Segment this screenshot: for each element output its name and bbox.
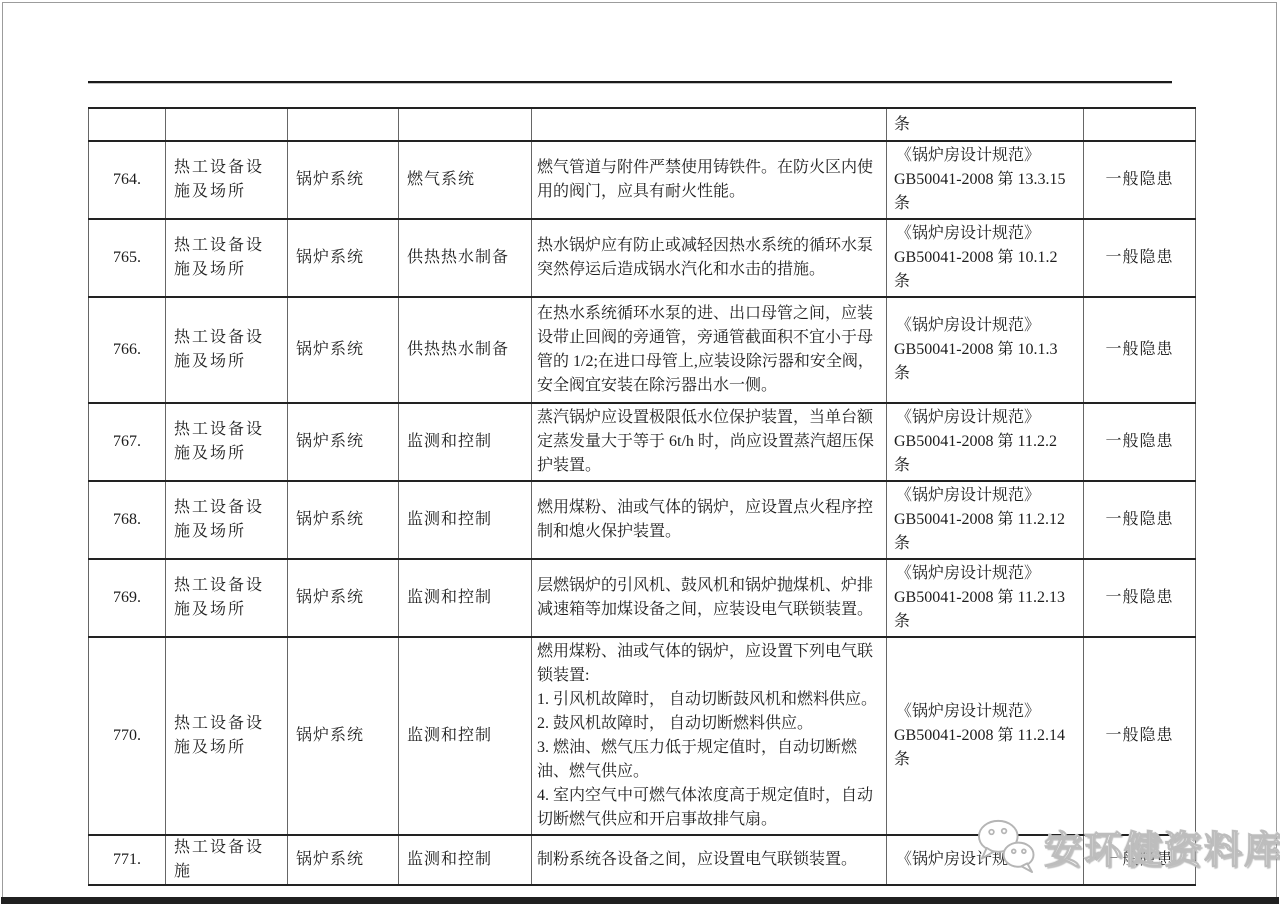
cell-description: 在热水系统循环水泵的进、出口母管之间，应装设带止回阀的旁通管，旁通管截面积不宜小… bbox=[532, 297, 887, 403]
cell-reference: 《锅炉房设计规范》 GB50041-2008 第 11.2.12 条 bbox=[887, 481, 1084, 559]
cell-reference: 条 bbox=[887, 108, 1084, 141]
reference-code: GB50041-2008 第 10.1.2 条 bbox=[894, 246, 1076, 294]
reference-title: 《锅炉房设计规范》 bbox=[894, 406, 1076, 430]
header-rule bbox=[88, 81, 1172, 83]
reference-code: GB50041-2008 第 10.1.3 条 bbox=[894, 338, 1076, 386]
reference-code: GB50041-2008 第 13.3.15 条 bbox=[894, 168, 1076, 216]
wechat-icon bbox=[975, 818, 1037, 874]
cell-reference: 《锅炉房设计规范》 GB50041-2008 第 10.1.2 条 bbox=[887, 219, 1084, 297]
document-page: 条 764. 热工设备设施及场所 锅炉系统 燃气系统 燃气管道与附件严禁使用铸铁… bbox=[0, 0, 1280, 905]
cell-description: 燃气管道与附件严禁使用铸铁件。在防火区内使用的阀门，应具有耐火性能。 bbox=[532, 141, 887, 219]
table-row: 768. 热工设备设施及场所 锅炉系统 监测和控制 燃用煤粉、油或气体的锅炉，应… bbox=[89, 481, 1196, 559]
description-text: 燃用煤粉、油或气体的锅炉，应设置点火程序控制和熄火保护装置。 bbox=[537, 496, 881, 544]
reference-title: 《锅炉房设计规范》 bbox=[894, 144, 1076, 168]
reference-title: 《锅炉房设计规范》 bbox=[894, 484, 1076, 508]
cell-system: 锅炉系统 bbox=[288, 297, 399, 403]
cell-category: 监测和控制 bbox=[399, 403, 532, 481]
cell-category: 供热热水制备 bbox=[399, 297, 532, 403]
cell-area: 热工设备设施及场所 bbox=[166, 637, 288, 835]
reference-title: 《锅炉房设计规范》 bbox=[894, 700, 1076, 724]
cell-description: 燃用煤粉、油或气体的锅炉，应设置下列电气联锁装置: 1. 引风机故障时， 自动切… bbox=[532, 637, 887, 835]
cell-no: 768. bbox=[89, 481, 166, 559]
cell-level bbox=[1084, 108, 1196, 141]
cell-category: 燃气系统 bbox=[399, 141, 532, 219]
reference-title: 《锅炉房设计规范》 bbox=[894, 562, 1076, 586]
description-text: 在热水系统循环水泵的进、出口母管之间，应装设带止回阀的旁通管，旁通管截面积不宜小… bbox=[537, 302, 881, 398]
table-row: 767. 热工设备设施及场所 锅炉系统 监测和控制 蒸汽锅炉应设置极限低水位保护… bbox=[89, 403, 1196, 481]
cell-description: 制粉系统各设备之间，应设置电气联锁装置。 bbox=[532, 835, 887, 885]
reference-code: GB50041-2008 第 11.2.13 条 bbox=[894, 586, 1076, 634]
watermark-text: 安环健资料库 bbox=[1044, 819, 1280, 874]
cell-area: 热工设备设施及场所 bbox=[166, 219, 288, 297]
cell-system: 锅炉系统 bbox=[288, 141, 399, 219]
cell-reference: 《锅炉房设计规范》 GB50041-2008 第 13.3.15 条 bbox=[887, 141, 1084, 219]
description-text: 燃用煤粉、油或气体的锅炉，应设置下列电气联锁装置: 1. 引风机故障时， 自动切… bbox=[537, 640, 881, 832]
cell-no: 765. bbox=[89, 219, 166, 297]
cell-no: 770. bbox=[89, 637, 166, 835]
reference-title: 《锅炉房设计规范》 bbox=[894, 314, 1076, 338]
cell-category: 监测和控制 bbox=[399, 481, 532, 559]
cell-system: 锅炉系统 bbox=[288, 637, 399, 835]
cell-system: 锅炉系统 bbox=[288, 835, 399, 885]
cell-level: 一般隐患 bbox=[1084, 559, 1196, 637]
cell-system: 锅炉系统 bbox=[288, 403, 399, 481]
cell-category: 监测和控制 bbox=[399, 835, 532, 885]
reference-code: GB50041-2008 第 11.2.14 条 bbox=[894, 724, 1076, 772]
table-row: 764. 热工设备设施及场所 锅炉系统 燃气系统 燃气管道与附件严禁使用铸铁件。… bbox=[89, 141, 1196, 219]
cell-category: 供热热水制备 bbox=[399, 219, 532, 297]
cell-area: 热工设备设施及场所 bbox=[166, 481, 288, 559]
cell-area: 热工设备设施及场所 bbox=[166, 559, 288, 637]
cell-level: 一般隐患 bbox=[1084, 637, 1196, 835]
cell-description: 层燃锅炉的引风机、鼓风机和锅炉抛煤机、炉排减速箱等加煤设备之间，应装设电气联锁装… bbox=[532, 559, 887, 637]
cell-no: 766. bbox=[89, 297, 166, 403]
cell-description: 燃用煤粉、油或气体的锅炉，应设置点火程序控制和熄火保护装置。 bbox=[532, 481, 887, 559]
cell-reference: 《锅炉房设计规范》 GB50041-2008 第 11.2.14 条 bbox=[887, 637, 1084, 835]
cell-system bbox=[288, 108, 399, 141]
cell-area: 热工设备设施及场所 bbox=[166, 403, 288, 481]
description-text: 层燃锅炉的引风机、鼓风机和锅炉抛煤机、炉排减速箱等加煤设备之间，应装设电气联锁装… bbox=[537, 574, 881, 622]
cell-system: 锅炉系统 bbox=[288, 481, 399, 559]
reference-code: GB50041-2008 第 11.2.12 条 bbox=[894, 508, 1076, 556]
cell-description: 蒸汽锅炉应设置极限低水位保护装置，当单台额定蒸发量大于等于 6t/h 时，尚应设… bbox=[532, 403, 887, 481]
cell-description: 热水锅炉应有防止或减轻因热水系统的循环水泵突然停运后造成锅水汽化和水击的措施。 bbox=[532, 219, 887, 297]
cell-area: 热工设备设施及场所 bbox=[166, 297, 288, 403]
bottom-bar bbox=[1, 897, 1279, 904]
cell-category: 监测和控制 bbox=[399, 559, 532, 637]
description-text: 燃气管道与附件严禁使用铸铁件。在防火区内使用的阀门，应具有耐火性能。 bbox=[537, 156, 881, 204]
cell-reference: 《锅炉房设计规范》 GB50041-2008 第 11.2.2 条 bbox=[887, 403, 1084, 481]
cell-level: 一般隐患 bbox=[1084, 297, 1196, 403]
cell-area: 热工设备设施 bbox=[166, 835, 288, 885]
cell-no: 764. bbox=[89, 141, 166, 219]
description-text: 热水锅炉应有防止或减轻因热水系统的循环水泵突然停运后造成锅水汽化和水击的措施。 bbox=[537, 234, 881, 282]
cell-area: 热工设备设施及场所 bbox=[166, 141, 288, 219]
hazard-table: 条 764. 热工设备设施及场所 锅炉系统 燃气系统 燃气管道与附件严禁使用铸铁… bbox=[88, 107, 1196, 886]
cell-area bbox=[166, 108, 288, 141]
table-row: 770. 热工设备设施及场所 锅炉系统 监测和控制 燃用煤粉、油或气体的锅炉，应… bbox=[89, 637, 1196, 835]
reference-title: 《锅炉房设计规范》 bbox=[894, 222, 1076, 246]
table-row: 766. 热工设备设施及场所 锅炉系统 供热热水制备 在热水系统循环水泵的进、出… bbox=[89, 297, 1196, 403]
cell-level: 一般隐患 bbox=[1084, 403, 1196, 481]
cell-reference: 《锅炉房设计规范》 GB50041-2008 第 11.2.13 条 bbox=[887, 559, 1084, 637]
cell-system: 锅炉系统 bbox=[288, 219, 399, 297]
cell-level: 一般隐患 bbox=[1084, 481, 1196, 559]
cell-no: 769. bbox=[89, 559, 166, 637]
cell-level: 一般隐患 bbox=[1084, 219, 1196, 297]
cell-no bbox=[89, 108, 166, 141]
table-row: 769. 热工设备设施及场所 锅炉系统 监测和控制 层燃锅炉的引风机、鼓风机和锅… bbox=[89, 559, 1196, 637]
table-row-continuation: 条 bbox=[89, 108, 1196, 141]
watermark: 安环健资料库 bbox=[975, 818, 1280, 874]
cell-reference: 《锅炉房设计规范》 GB50041-2008 第 10.1.3 条 bbox=[887, 297, 1084, 403]
cell-system: 锅炉系统 bbox=[288, 559, 399, 637]
description-text: 蒸汽锅炉应设置极限低水位保护装置，当单台额定蒸发量大于等于 6t/h 时，尚应设… bbox=[537, 406, 881, 478]
cell-no: 771. bbox=[89, 835, 166, 885]
cell-category: 监测和控制 bbox=[399, 637, 532, 835]
description-text: 制粉系统各设备之间，应设置电气联锁装置。 bbox=[537, 848, 881, 872]
reference-code: GB50041-2008 第 11.2.2 条 bbox=[894, 430, 1076, 478]
cell-no: 767. bbox=[89, 403, 166, 481]
cell-level: 一般隐患 bbox=[1084, 141, 1196, 219]
cell-description bbox=[532, 108, 887, 141]
cell-category bbox=[399, 108, 532, 141]
reference-continuation-text: 条 bbox=[894, 113, 1076, 137]
table-row: 765. 热工设备设施及场所 锅炉系统 供热热水制备 热水锅炉应有防止或减轻因热… bbox=[89, 219, 1196, 297]
